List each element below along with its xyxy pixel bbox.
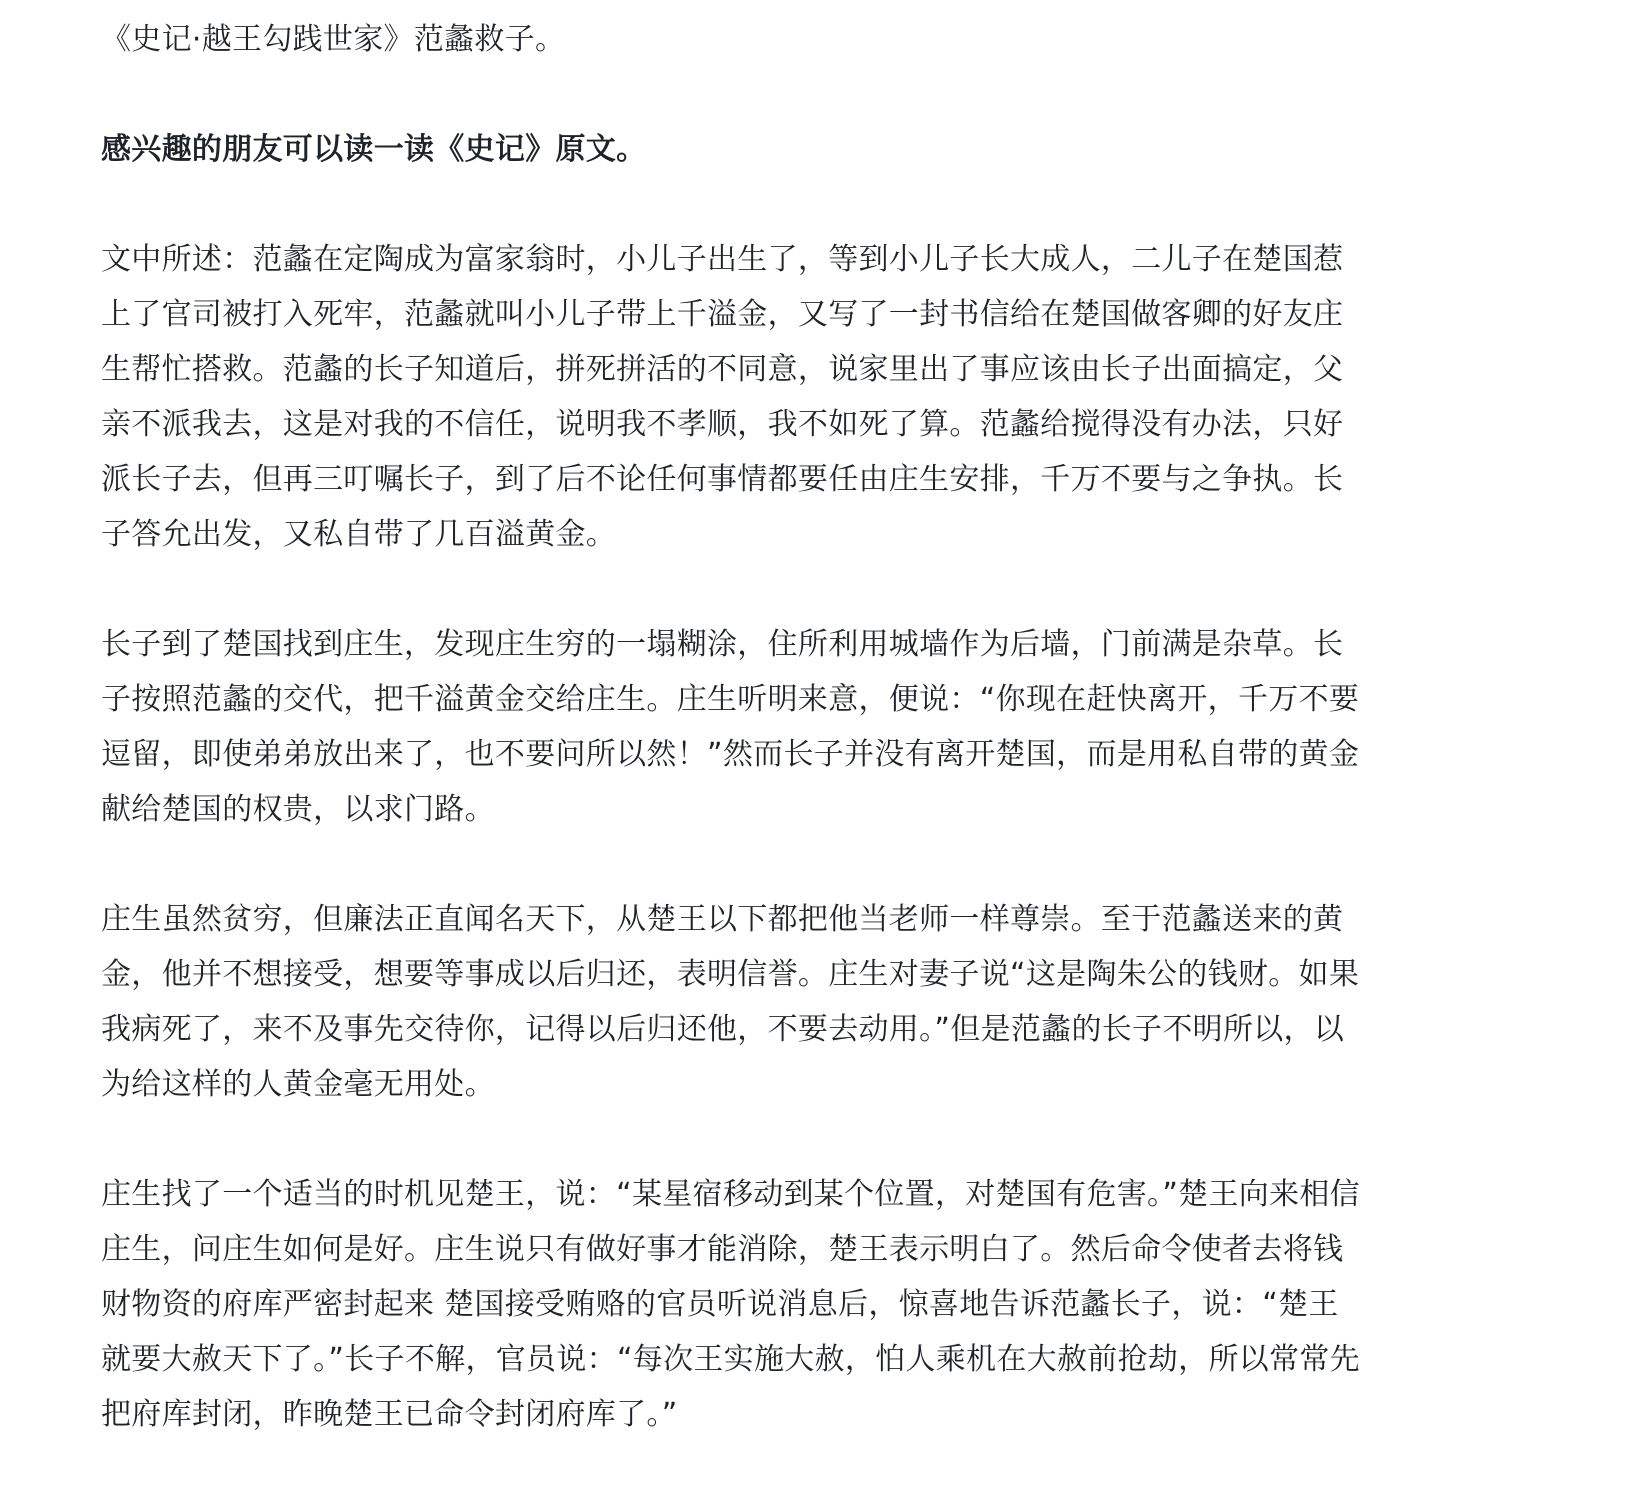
paragraph-gap: [101, 1112, 1361, 1167]
source-citation: 《史记·越王勾践世家》范蠡救子。: [101, 12, 1361, 67]
paragraph-amnesty: 庄生找了一个适当的时机见楚王，说：“某星宿移动到某个位置，对楚国有危害。”楚王向…: [101, 1167, 1361, 1442]
paragraph-gap: [101, 837, 1361, 892]
article-body: 《史记·越王勾践世家》范蠡救子。 感兴趣的朋友可以读一读《史记》原文。 文中所述…: [101, 12, 1361, 1442]
paragraph-eldest-son-arrives: 长子到了楚国找到庄生，发现庄生穷的一塌糊涂，住所利用城墙作为后墙，门前满是杂草。…: [101, 617, 1361, 837]
paragraph-zhuangsheng-integrity: 庄生虽然贫穷，但廉法正直闻名天下，从楚王以下都把他当老师一样尊崇。至于范蠡送来的…: [101, 892, 1361, 1112]
paragraph-gap: [101, 177, 1361, 232]
paragraph-gap: [101, 562, 1361, 617]
reading-recommendation: 感兴趣的朋友可以读一读《史记》原文。: [101, 122, 1361, 177]
paragraph-gap: [101, 67, 1361, 122]
paragraph-story-intro: 文中所述：范蠡在定陶成为富家翁时，小儿子出生了，等到小儿子长大成人，二儿子在楚国…: [101, 232, 1361, 562]
